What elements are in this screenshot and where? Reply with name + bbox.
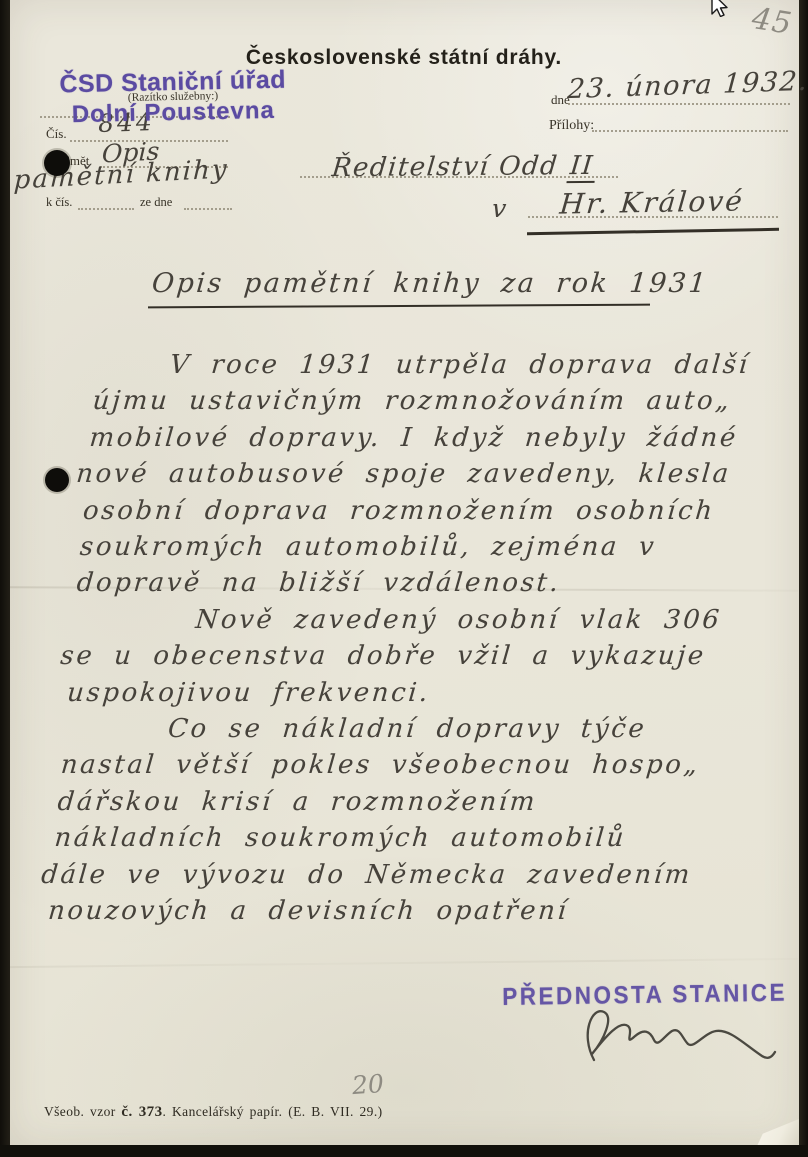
pencil-page-number: 45 <box>749 1 794 42</box>
body-line: nákladních soukromých automobilů <box>41 820 760 856</box>
imprint-form-number: č. 373 <box>121 1104 162 1120</box>
form-line <box>78 208 134 210</box>
body-line: se u obecenstva dobře vžil a vykazuje <box>57 638 776 674</box>
recipient-line1-main: Ředitelství Odd <box>330 151 559 183</box>
form-line <box>592 130 788 132</box>
imprint-part3: . Kancelářský papír. (E. B. VII. 29.) <box>162 1104 382 1119</box>
body-line: nastal větší pokles všeobecnou hospo„ <box>47 747 766 783</box>
body-line: dářskou krisí a rozmnožením <box>44 784 763 820</box>
scanned-letter-page: 45 20 Československé státní dráhy. ČSD S… <box>0 0 808 1157</box>
k-cis-label: k čís. <box>46 195 72 210</box>
body-line: osobní doprava rozmnožením osobních <box>70 493 789 529</box>
body-line: mobilové dopravy. I když nebyly žádné <box>76 420 795 456</box>
imprint-part1: Všeob. vzor <box>44 1104 121 1119</box>
body-line: Co se nákladní dopravy týče <box>50 711 769 747</box>
prilohy-label: Přílohy: <box>549 118 594 134</box>
recipient-line1-suffix: II <box>566 151 597 183</box>
body-line: nouzových a devisních opatření <box>35 893 754 929</box>
punch-hole <box>44 150 70 176</box>
punch-hole <box>45 468 69 492</box>
mouse-cursor <box>706 0 732 17</box>
body-line: uspokojivou frekvenci. <box>54 675 773 711</box>
office-stamp-line2: Dolní Poustevna <box>38 96 309 130</box>
scan-edge-right <box>799 0 808 1157</box>
body-line: újmu ustavičným rozmnožováním auto„ <box>79 383 798 419</box>
body-line: dopravě na bližší vzdálenost. <box>63 565 782 601</box>
signature-scribble <box>562 1000 777 1068</box>
letter-body: V roce 1931 utrpěla doprava další újmu u… <box>35 347 802 930</box>
scan-edge-bottom <box>0 1145 808 1157</box>
ze-dne-label: ze dne <box>140 195 172 210</box>
subject-title: Opis pamětní knihy za rok 1931 <box>151 268 710 299</box>
recipient-line1: Ředitelství Odd II <box>330 151 597 183</box>
form-imprint: Všeob. vzor č. 373. Kancelářský papír. (… <box>44 1104 382 1121</box>
body-line: nové autobusové spoje zavedeny, klesla <box>73 456 792 492</box>
body-line: dále ve vývozu do Německa zavedením <box>38 857 757 893</box>
body-line: Nově zavedený osobní vlak 306 <box>60 602 779 638</box>
pencil-sheet-number: 20 <box>351 1069 385 1100</box>
letterhead-title: Československé státní dráhy. <box>0 46 808 70</box>
body-line: V roce 1931 utrpěla doprava další <box>82 347 801 383</box>
scan-edge-left <box>0 0 10 1157</box>
recipient-city: Hr. Králové <box>558 184 745 220</box>
form-line <box>184 208 232 210</box>
office-stamp: ČSD Staniční úřad (Razítko služebny:) Do… <box>37 65 308 130</box>
body-line: soukromých automobilů, zejména v <box>66 529 785 565</box>
